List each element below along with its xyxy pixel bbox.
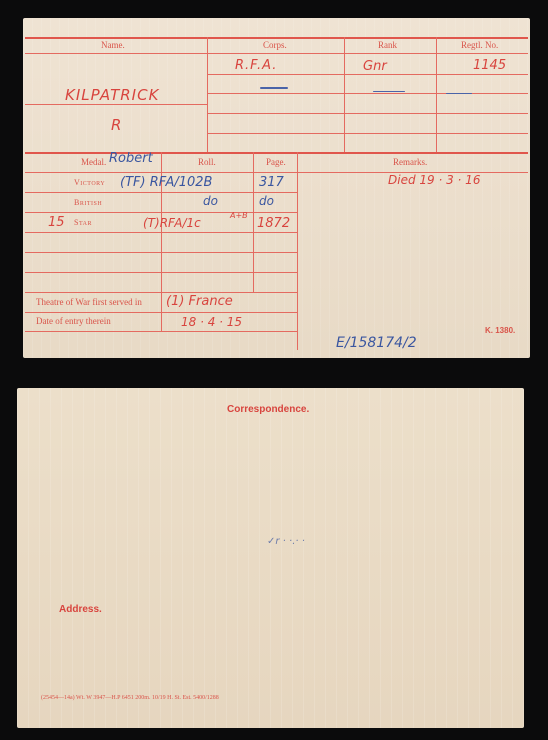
medal-label-victory: Victory	[74, 178, 105, 187]
star-prefix: 15	[48, 215, 65, 230]
rule	[253, 152, 254, 292]
rule	[344, 37, 345, 153]
corps-value: R.F.A.	[235, 58, 277, 73]
theatre-label: Theatre of War first served in	[36, 297, 142, 307]
ditto-mark	[260, 87, 288, 89]
victory-page: 317	[259, 175, 284, 190]
rule	[25, 104, 207, 105]
rule	[297, 152, 298, 350]
regtl-no-value: 1145	[473, 58, 506, 73]
date-label: Date of entry therein	[36, 316, 111, 326]
star-roll-note: A+B	[230, 211, 248, 220]
british-page: do	[259, 194, 274, 208]
forename: Robert	[109, 151, 153, 166]
header-regtl-no: Regtl. No.	[461, 40, 498, 50]
star-roll: (T)RFA/1c	[143, 216, 201, 230]
faint-ink-marks: ✓r · ·.· ·	[267, 536, 305, 547]
remarks-value: Died 19 · 3 · 16	[388, 173, 480, 187]
victory-roll: (TF) RFA/102B	[120, 175, 212, 190]
surname: KILPATRICK	[65, 86, 159, 104]
printer-imprint: (25454—14a) Wt. W 3947—H.P 6451 200m. 10…	[41, 695, 219, 701]
rule	[25, 37, 528, 39]
header-name: Name.	[101, 40, 125, 50]
date-value: 18 · 4 · 15	[181, 315, 242, 329]
ditto-mark	[446, 93, 472, 94]
medal-label-british: British	[74, 198, 102, 207]
rule	[25, 152, 528, 154]
header-remarks: Remarks.	[393, 157, 427, 167]
star-page: 1872	[257, 216, 290, 231]
rule	[207, 37, 208, 153]
header-rank: Rank	[378, 40, 397, 50]
rule	[207, 93, 528, 94]
medal-index-card-back: Correspondence. ✓r · ·.· · Address. (254…	[17, 388, 524, 728]
header-corps: Corps.	[263, 40, 287, 50]
form-number: K. 1380.	[485, 326, 515, 335]
medal-label-star: Star	[74, 218, 92, 227]
rule	[207, 133, 528, 134]
correspondence-heading: Correspondence.	[227, 404, 309, 415]
rule	[436, 37, 437, 153]
rank-value: Gnr	[363, 59, 387, 74]
rule	[207, 113, 528, 114]
header-roll: Roll.	[198, 157, 216, 167]
medal-index-card-front: Name. Corps. Rank Regtl. No. KILPATRICK …	[23, 18, 530, 358]
rule	[25, 53, 528, 54]
theatre-value: (1) France	[166, 294, 233, 309]
header-page: Page.	[266, 157, 286, 167]
british-roll: do	[203, 194, 218, 208]
ditto-mark	[373, 91, 405, 92]
initial: R	[111, 116, 121, 134]
header-medal: Medal.	[81, 157, 106, 167]
reference-number: E/158174/2	[336, 335, 417, 351]
rule	[207, 74, 528, 75]
address-label: Address.	[59, 604, 102, 615]
